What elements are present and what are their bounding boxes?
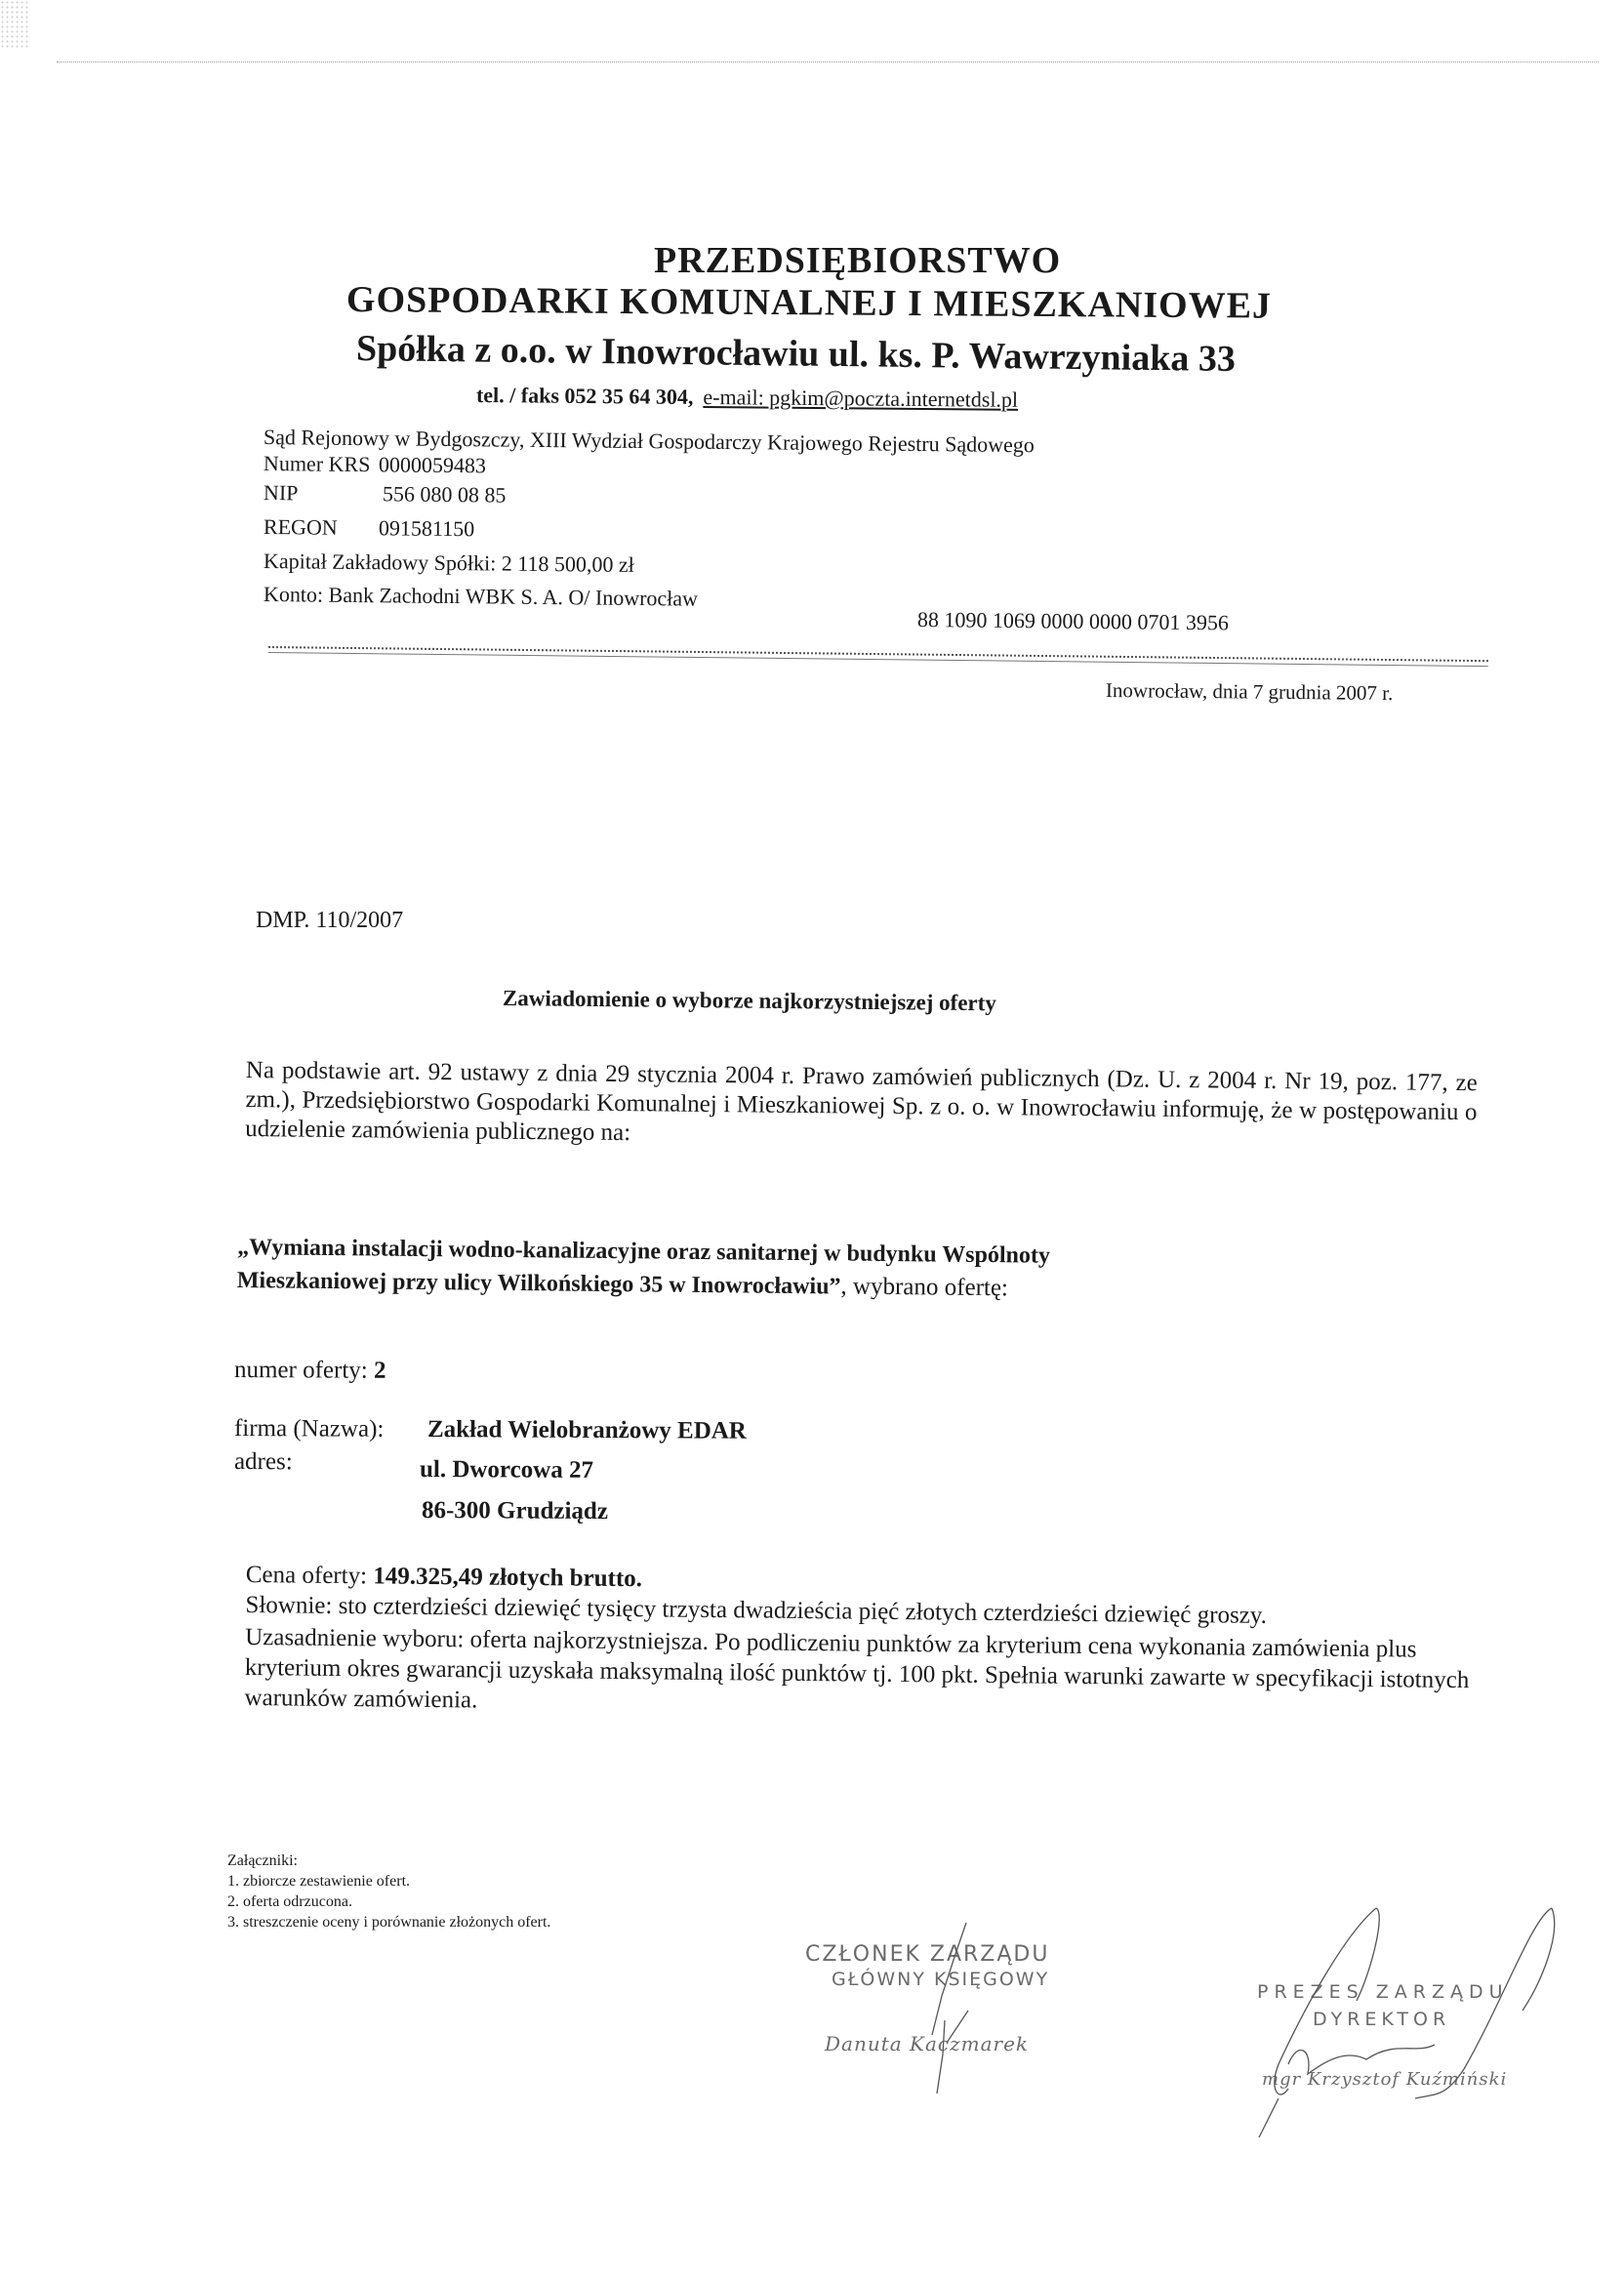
- offer-number-label: numer oferty:: [234, 1357, 368, 1384]
- letterhead-company-address: Spółka z o.o. w Inowrocławiu ul. ks. P. …: [356, 327, 1236, 381]
- intro-paragraph: Na podstawie art. 92 ustawy z dnia 29 st…: [245, 1056, 1478, 1157]
- offer-number: numer oferty: 2: [234, 1357, 386, 1385]
- regon-value: 091581150: [379, 515, 474, 541]
- price-value: 149.325,49 złotych brutto.: [373, 1563, 642, 1592]
- letterhead-contact: tel. / faks 052 35 64 304,e-mail: pgkim@…: [476, 383, 1018, 413]
- company-label: firma (Nazwa):: [234, 1415, 427, 1444]
- attachment-item: 1. zbiorcze zestawienie ofert.: [227, 1871, 410, 1892]
- scan-noise: [0, 0, 29, 49]
- nip-number: NIP556 080 08 85: [264, 480, 507, 508]
- email-link[interactable]: e-mail: pgkim@poczta.internetdsl.pl: [703, 385, 1018, 412]
- address-city: 86-300 Grudziądz: [422, 1497, 608, 1525]
- price-label: Cena oferty:: [246, 1562, 368, 1589]
- phone-fax: tel. / faks 052 35 64 304,: [476, 383, 694, 409]
- selection-justification: Uzasadnienie wyboru: oferta najkorzystni…: [244, 1622, 1477, 1726]
- attachments-heading: Załączniki:: [227, 1851, 298, 1871]
- letterhead-company-line2: GOSPODARKI KOMUNALNEJ I MIESZKANIOWEJ: [346, 278, 1272, 328]
- nip-value: 556 080 08 85: [383, 481, 507, 507]
- attachment-item: 2. oferta odrzucona.: [227, 1892, 352, 1912]
- letterhead-divider: [268, 646, 1488, 667]
- reference-number: DMP. 110/2007: [256, 908, 403, 934]
- letter-date: Inowrocław, dnia 7 grudnia 2007 r.: [1106, 678, 1394, 706]
- attachment-item: 3. streszczenie oceny i porównanie złożo…: [227, 1912, 550, 1932]
- krs-value: 0000059483: [379, 452, 486, 477]
- krs-label: Numer KRS: [264, 451, 379, 477]
- krs-number: Numer KRS0000059483: [264, 451, 486, 478]
- regon-label: REGON: [264, 514, 379, 541]
- offer-address: adres:: [234, 1448, 420, 1477]
- share-capital: Kapitał Zakładowy Spółki: 2 118 500,00 z…: [264, 549, 634, 578]
- bank-account-number: 88 1090 1069 0000 0000 0701 3956: [917, 607, 1229, 635]
- address-line-1: ul. Dworcowa 27: [420, 1456, 593, 1485]
- regon-number: REGON091581150: [264, 514, 474, 542]
- scan-edge-line: [57, 61, 1599, 62]
- document-title: Zawiadomienie o wyborze najkorzystniejsz…: [503, 986, 996, 1016]
- offer-company: firma (Nazwa):Zakład Wielobranżowy EDAR: [234, 1415, 747, 1445]
- subject-tail: , wybrano ofertę:: [840, 1273, 1008, 1301]
- company-value: Zakład Wielobranżowy EDAR: [427, 1416, 747, 1444]
- address-line-2: 86-300 Grudziądz: [422, 1497, 608, 1525]
- subject-line-2: Mieszkaniowej przy ulicy Wilkońskiego 35…: [237, 1268, 841, 1299]
- price-block: Cena oferty: 149.325,49 złotych brutto. …: [244, 1560, 1478, 1726]
- bank-name: Konto: Bank Zachodni WBK S. A. O/ Inowro…: [264, 582, 698, 612]
- signature-left-icon: [908, 1918, 986, 2094]
- signature-right-icon: [1249, 1893, 1562, 2137]
- address-street: ul. Dworcowa 27: [420, 1456, 593, 1484]
- offer-number-value: 2: [374, 1358, 386, 1384]
- contract-subject: „Wymiana instalacji wodno-kanalizacyjne …: [237, 1232, 1050, 1306]
- letterhead-company-line1: PRZEDSIĘBIORSTWO: [654, 239, 1061, 282]
- address-label: adres:: [234, 1448, 420, 1477]
- nip-label: NIP: [264, 480, 383, 507]
